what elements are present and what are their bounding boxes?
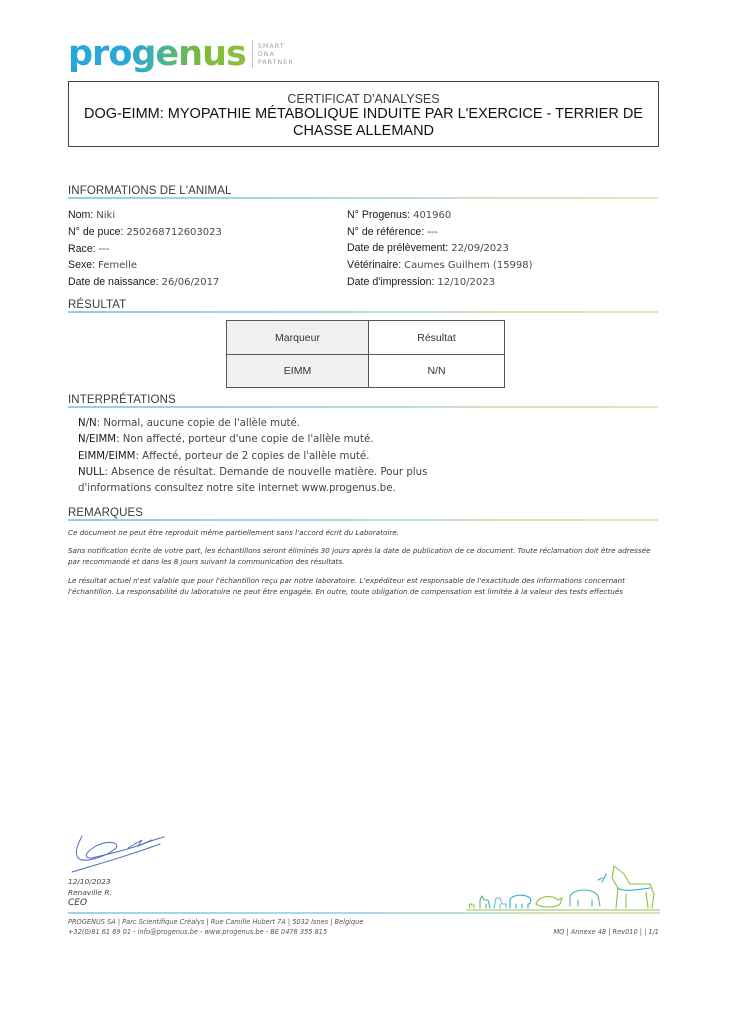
list-item: N/N: Normal, aucune copie de l'allèle mu… <box>78 416 638 432</box>
column-header-result: Résultat <box>369 321 505 355</box>
section-remarks: REMARQUES <box>68 503 658 521</box>
list-item: NULL: Absence de résultat. Demande de no… <box>78 465 498 498</box>
section-heading: INFORMATIONS DE L'ANIMAL <box>68 185 231 197</box>
field-breed: Race: --- <box>68 241 222 257</box>
result-table: Marqueur Résultat EIMM N/N <box>226 320 505 388</box>
footer-company-info: PROGENUS SA | Parc Scientifique Créalys … <box>68 917 363 937</box>
animals-illustration-icon <box>466 860 660 912</box>
cell-marker: EIMM <box>227 355 369 388</box>
signatory-name: Renaville R. <box>68 888 112 899</box>
logo-wordmark: progenus <box>68 34 246 74</box>
list-item: EIMM/EIMM: Affecté, porteur de 2 copies … <box>78 449 638 465</box>
list-item: N/EIMM: Non affecté, porteur d'une copie… <box>78 432 638 448</box>
section-divider <box>68 519 658 521</box>
signatory-role: CEO <box>68 898 112 909</box>
logo-divider <box>252 40 253 68</box>
certificate-title: DOG-EIMM: MYOPATHIE MÉTABOLIQUE INDUITE … <box>69 106 658 140</box>
field-birthdate: Date de naissance: 26/06/2017 <box>68 274 222 291</box>
section-heading: RÉSULTAT <box>68 299 126 311</box>
section-divider <box>68 197 658 199</box>
footer-divider <box>68 912 660 914</box>
section-divider <box>68 406 658 408</box>
field-sampling-date: Date de prélèvement: 22/09/2023 <box>347 240 533 257</box>
section-divider <box>68 311 658 313</box>
footer-document-reference: MQ | Annexe 48 | Rev010 | | 1/1 <box>553 928 659 936</box>
signature-image <box>68 830 168 876</box>
field-veterinarian: Vétérinaire: Caumes Guilhem (15998) <box>347 257 533 274</box>
field-print-date: Date d'impression: 12/10/2023 <box>347 274 533 291</box>
table-row: EIMM N/N <box>227 355 505 388</box>
field-progenus-number: N° Progenus: 401960 <box>347 207 533 224</box>
remark-reproduction: Ce document ne peut être reproduit même … <box>68 528 660 539</box>
certificate-subtitle: CERTIFICAT D'ANALYSES <box>69 92 658 106</box>
table-header-row: Marqueur Résultat <box>227 321 505 355</box>
signature-date: 12/10/2023 <box>68 877 112 888</box>
footer-contact: +32(0)81 61 69 01 - info@progenus.be - w… <box>68 927 363 937</box>
section-animal-info: INFORMATIONS DE L'ANIMAL <box>68 181 658 199</box>
remark-sample-retention: Sans notification écrite de votre part, … <box>68 546 660 567</box>
field-reference-number: N° de référence: --- <box>347 224 533 240</box>
section-heading: INTERPRÉTATIONS <box>68 394 176 406</box>
interpretations-list: N/N: Normal, aucune copie de l'allèle mu… <box>78 416 638 497</box>
footer-address: PROGENUS SA | Parc Scientifique Créalys … <box>68 917 363 927</box>
section-heading: REMARQUES <box>68 507 143 519</box>
field-chip: N° de puce: 250268712603023 <box>68 224 222 241</box>
progenus-logo: progenus SMART DNA PARTNER <box>68 34 294 74</box>
column-header-marker: Marqueur <box>227 321 369 355</box>
signature-details: 12/10/2023 Renaville R. CEO <box>68 877 112 909</box>
section-result: RÉSULTAT <box>68 295 658 313</box>
remark-liability: Le résultat actuel n'est valable que pou… <box>68 576 660 597</box>
cell-result: N/N <box>369 355 505 388</box>
field-name: Nom: Niki <box>68 207 222 224</box>
certificate-title-box: CERTIFICAT D'ANALYSES DOG-EIMM: MYOPATHI… <box>68 81 659 147</box>
field-sex: Sexe: Femelle <box>68 257 222 274</box>
logo-tagline: SMART DNA PARTNER <box>258 42 294 66</box>
section-interpretations: INTERPRÉTATIONS <box>68 390 658 408</box>
animal-info-left: Nom: Niki N° de puce: 250268712603023 Ra… <box>68 207 222 291</box>
animal-info-right: N° Progenus: 401960 N° de référence: ---… <box>347 207 533 291</box>
